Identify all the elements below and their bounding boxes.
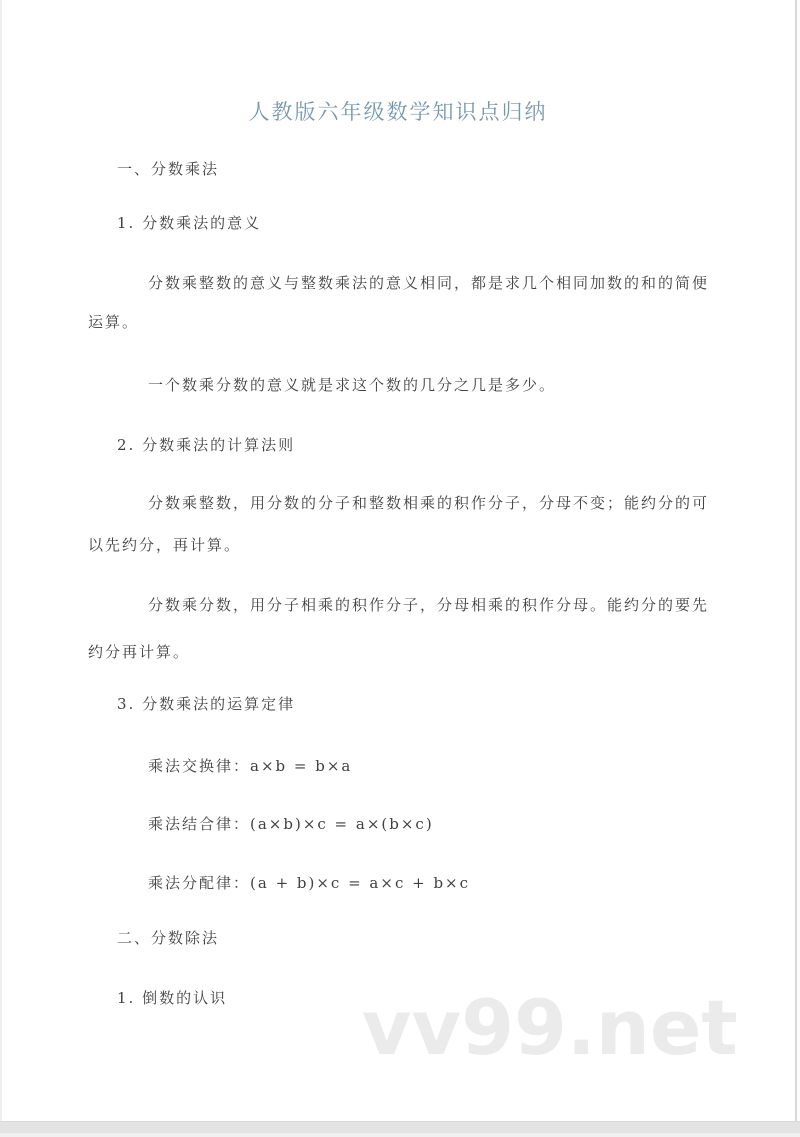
sub-heading-calculation-rule: 2. 分数乘法的计算法则 [117, 434, 295, 456]
formula-associative-law: 乘法结合律：(a×b)×c = a×(b×c) [148, 813, 434, 835]
paragraph-line: 分数乘整数的意义与整数乘法的意义相同，都是求几个相同加数的和的简便 [148, 272, 709, 294]
section-heading-fraction-multiplication: 一、分数乘法 [117, 158, 219, 180]
document-page-view: 人教版六年级数学知识点归纳 一、分数乘法 1. 分数乘法的意义 分数乘整数的意义… [0, 0, 800, 1137]
paragraph-line: 分数乘分数，用分子相乘的积作分子，分母相乘的积作分母。能约分的要先 [148, 594, 709, 616]
paragraph-line: 以先约分，再计算。 [88, 534, 241, 556]
paragraph-line: 约分再计算。 [88, 641, 190, 663]
paragraph-line: 一个数乘分数的意义就是求这个数的几分之几是多少。 [148, 374, 556, 396]
paragraph-line: 分数乘整数，用分数的分子和整数相乘的积作分子，分母不变；能约分的可 [148, 492, 709, 514]
background-strip-bottom-light [0, 1133, 800, 1137]
sub-heading-operation-laws: 3. 分数乘法的运算定律 [117, 693, 295, 715]
watermark: vv99.net [362, 990, 738, 1066]
document-title: 人教版六年级数学知识点归纳 [0, 97, 796, 127]
page-edge-left [0, 0, 2, 1137]
sub-heading-meaning-of-fraction-multiplication: 1. 分数乘法的意义 [117, 212, 261, 234]
paragraph-line: 运算。 [88, 311, 139, 333]
section-heading-fraction-division: 二、分数除法 [117, 927, 219, 949]
formula-commutative-law: 乘法交换律：a×b = b×a [148, 755, 352, 777]
formula-distributive-law: 乘法分配律：(a + b)×c = a×c + b×c [148, 872, 470, 894]
sub-heading-reciprocal: 1. 倒数的认识 [117, 987, 227, 1009]
